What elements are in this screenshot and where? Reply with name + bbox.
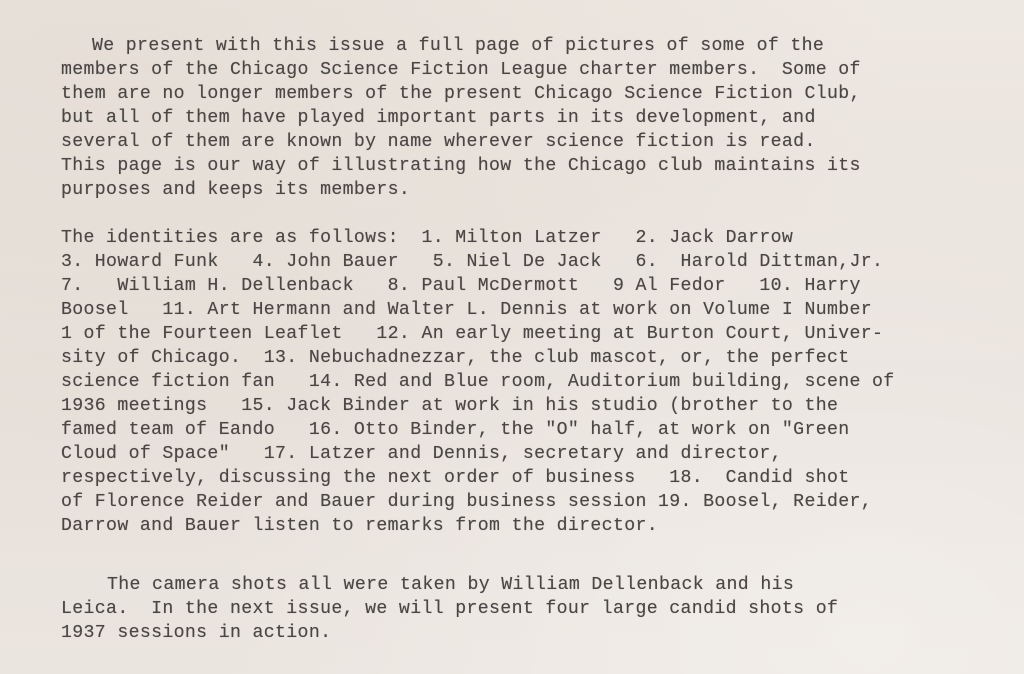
- identities-line-5: 1 of the Fourteen Leaflet 12. An early m…: [61, 322, 883, 346]
- closing-line-2: Leica. In the next issue, we will presen…: [61, 597, 838, 621]
- closing-line-3: 1937 sessions in action.: [61, 621, 331, 645]
- identities-line-8: 1936 meetings 15. Jack Binder at work in…: [61, 394, 838, 418]
- identities-line-12: of Florence Reider and Bauer during busi…: [61, 490, 872, 514]
- identities-line-9: famed team of Eando 16. Otto Binder, the…: [61, 418, 850, 442]
- identities-line-10: Cloud of Space" 17. Latzer and Dennis, s…: [61, 442, 782, 466]
- closing-line-1: The camera shots all were taken by Willi…: [107, 573, 794, 597]
- intro-line-1: We present with this issue a full page o…: [92, 34, 824, 58]
- intro-line-7: purposes and keeps its members.: [61, 178, 410, 202]
- identities-line-4: Boosel 11. Art Hermann and Walter L. Den…: [61, 298, 872, 322]
- identities-line-11: respectively, discussing the next order …: [61, 466, 850, 490]
- identities-line-3: 7. William H. Dellenback 8. Paul McDermo…: [61, 274, 861, 298]
- intro-line-6: This page is our way of illustrating how…: [61, 154, 861, 178]
- identities-line-2: 3. Howard Funk 4. John Bauer 5. Niel De …: [61, 250, 883, 274]
- intro-line-5: several of them are known by name wherev…: [61, 130, 816, 154]
- typewritten-page: We present with this issue a full page o…: [0, 0, 1024, 674]
- intro-line-2: members of the Chicago Science Fiction L…: [61, 58, 861, 82]
- intro-line-4: but all of them have played important pa…: [61, 106, 816, 130]
- identities-line-6: sity of Chicago. 13. Nebuchadnezzar, the…: [61, 346, 850, 370]
- identities-line-1: The identities are as follows: 1. Milton…: [61, 226, 793, 250]
- identities-line-7: science fiction fan 14. Red and Blue roo…: [61, 370, 895, 394]
- identities-line-13: Darrow and Bauer listen to remarks from …: [61, 514, 658, 538]
- intro-line-3: them are no longer members of the presen…: [61, 82, 861, 106]
